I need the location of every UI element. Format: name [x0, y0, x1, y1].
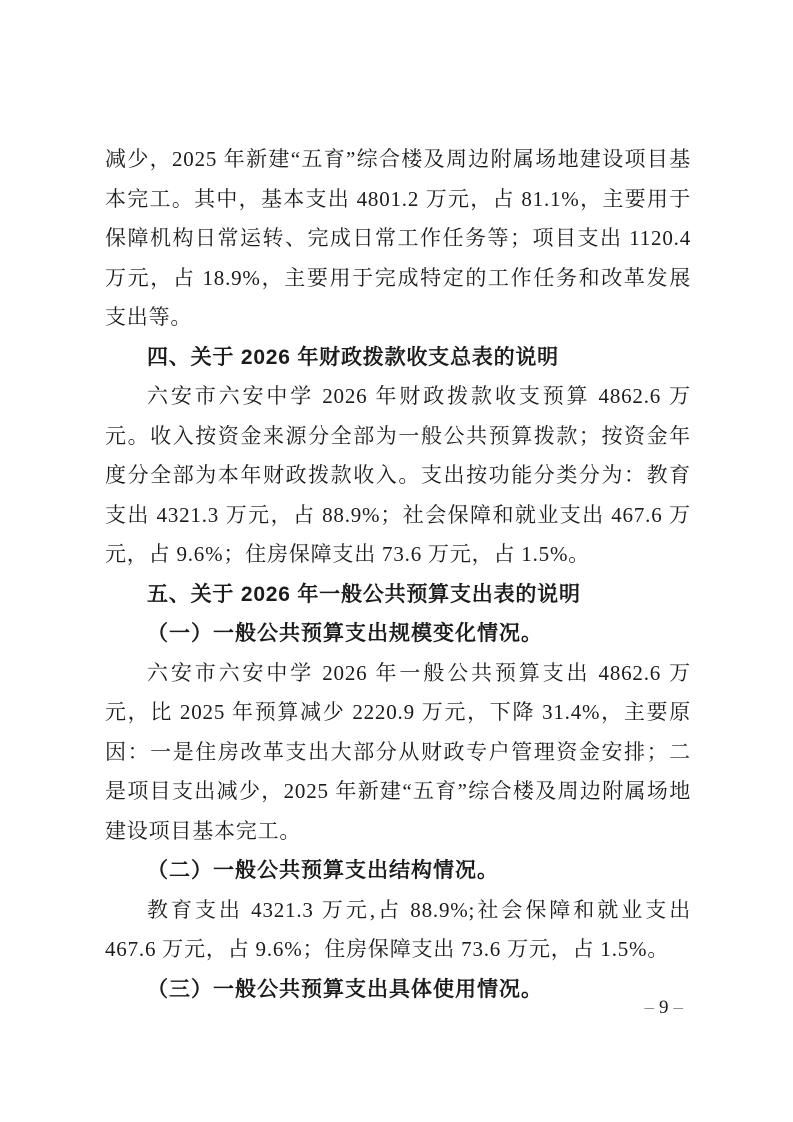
paragraph-scale-change-detail: 六安市六安中学 2026 年一般公共预算支出 4862.6 万元，比 2025 … [105, 654, 691, 852]
page-number-dash-left: – [645, 997, 655, 1018]
page-number: –9– [640, 996, 689, 1020]
page-number-dash-right: – [674, 997, 684, 1018]
subsection-heading-2-structure: （二）一般公共预算支出结构情况。 [105, 851, 691, 891]
subsection-heading-1-scale-change: （一）一般公共预算支出规模变化情况。 [105, 614, 691, 654]
document-page: 减少，2025 年新建“五育”综合楼及周边附属场地建设项目基本完工。其中，基本支… [0, 0, 793, 1122]
paragraph-project-expenditure-continued: 减少，2025 年新建“五育”综合楼及周边附属场地建设项目基本完工。其中，基本支… [105, 140, 691, 338]
page-content: 减少，2025 年新建“五育”综合楼及周边附属场地建设项目基本完工。其中，基本支… [105, 140, 691, 1009]
page-number-value: 9 [659, 997, 669, 1018]
paragraph-structure-detail: 教育支出 4321.3 万元,占 88.9%;社会保障和就业支出 467.6 万… [105, 891, 691, 970]
subsection-heading-3-specific-usage: （三）一般公共预算支出具体使用情况。 [105, 970, 691, 1010]
section-heading-4-fiscal-appropriation-summary: 四、关于 2026 年财政拨款收支总表的说明 [105, 338, 691, 378]
paragraph-fiscal-appropriation-detail: 六安市六安中学 2026 年财政拨款收支预算 4862.6 万元。收入按资金来源… [105, 377, 691, 575]
section-heading-5-public-budget-expenditure: 五、关于 2026 年一般公共预算支出表的说明 [105, 575, 691, 615]
